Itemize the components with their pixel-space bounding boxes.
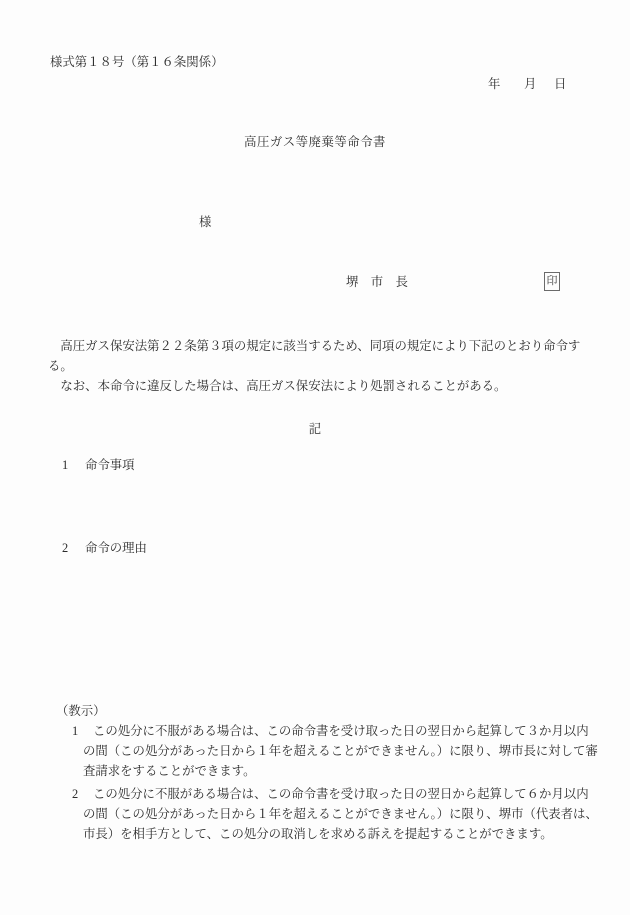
notice-item-line: の間（この処分があった日から１年を超えることができません。）に限り、堺市長に対し…: [83, 741, 598, 761]
body-paragraph-line: る。: [48, 356, 73, 376]
notice-item-line: この処分に不服がある場合は、この命令書を受け取った日の翌日から起算して３か月以内: [93, 721, 589, 741]
record-marker: 記: [0, 419, 630, 439]
issuer-name: 堺 市 長: [346, 272, 408, 292]
document-title: 高圧ガス等廃棄等命令書: [0, 132, 630, 152]
seal-label: 印: [547, 276, 558, 287]
date-day-label: 日: [554, 74, 566, 94]
notice-item-number: 1: [72, 721, 78, 741]
body-paragraph-line: なお、本命令に違反した場合は、高圧ガス保安法により処罰されることがある。: [48, 376, 506, 396]
date-month-label: 月: [524, 74, 536, 94]
date-year-label: 年: [488, 74, 500, 94]
body-paragraph-line: 高圧ガス保安法第２２条第３項の規定に該当するため、同項の規定により下記のとおり命…: [48, 336, 580, 356]
order-item-label: 命令の理由: [85, 538, 147, 558]
notice-item-line: の間（この処分があった日から１年を超えることができません。）に限り、堺市（代表者…: [83, 804, 598, 824]
order-item-number: 2: [62, 538, 68, 558]
notice-item-line: 市長）を相手方として、この処分の取消しを求める訴えを提起することができます。: [83, 824, 553, 844]
order-item-number: 1: [62, 455, 68, 475]
addressee-suffix: 様: [199, 212, 211, 232]
form-number: 様式第１８号（第１６条関係）: [50, 52, 223, 72]
notice-heading: （教示）: [56, 701, 106, 721]
notice-item-line: 査請求をすることができます。: [83, 761, 255, 781]
seal-box: 印: [544, 272, 560, 291]
order-item-label: 命令事項: [85, 455, 135, 475]
notice-item-number: 2: [72, 784, 78, 804]
document-page: 様式第１８号（第１６条関係） 年 月 日 高圧ガス等廃棄等命令書 様 堺 市 長…: [0, 0, 630, 915]
notice-item-line: この処分に不服がある場合は、この命令書を受け取った日の翌日から起算して６か月以内: [93, 784, 589, 804]
